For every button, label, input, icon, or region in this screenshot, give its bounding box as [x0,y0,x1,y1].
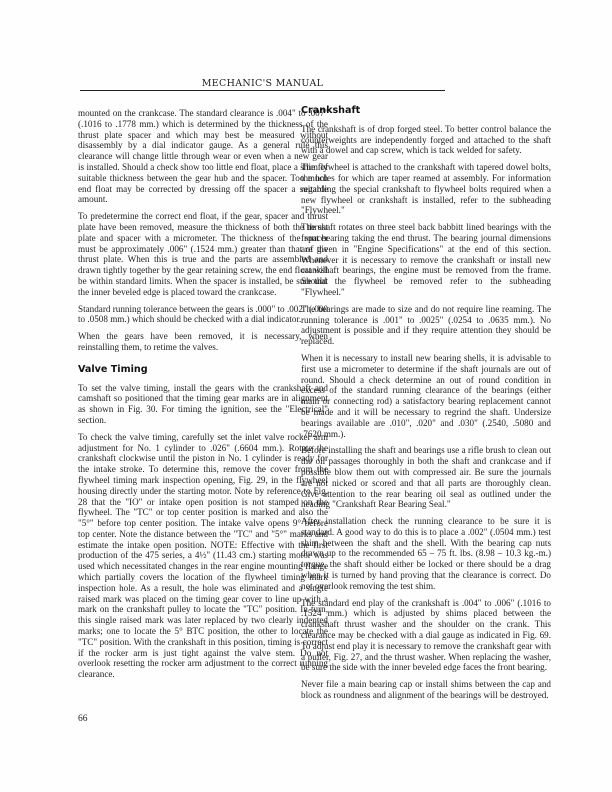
paragraph: The flywheel is attached to the cranksha… [301,162,551,216]
paragraph: Standard running tolerance between the g… [78,304,328,326]
right-column: Crankshaft The crankshaft is of drop for… [301,106,551,707]
running-header: MECHANIC'S MANUAL [80,78,445,89]
paragraph: The shaft rotates on three steel back ba… [301,222,551,298]
paragraph: To set the valve timing, install the gea… [78,383,328,426]
section-heading-crankshaft: Crankshaft [301,106,551,117]
paragraph: Never file a main bearing cap or install… [301,679,551,701]
paragraph: To check the valve timing, carefully set… [78,432,328,680]
paragraph: After installation check the running cle… [301,516,551,592]
paragraph: The bearings are made to size and do not… [301,304,551,347]
paragraph: To predetermine the correct end float, i… [78,211,328,297]
section-heading-valve-timing: Valve Timing [78,365,328,376]
paragraph: Before installing the shaft and bearings… [301,445,551,510]
page-number: 66 [78,714,88,724]
paragraph: The crankshaft is of drop forged steel. … [301,124,551,156]
paragraph: The standard end play of the crankshaft … [301,598,551,674]
manual-page: MECHANIC'S MANUAL mounted on the crankca… [0,0,612,792]
paragraph: mounted on the crankcase. The standard c… [78,108,328,205]
left-column: mounted on the crankcase. The standard c… [78,108,328,686]
paragraph: When it is necessary to install new bear… [301,353,551,439]
header-rule [80,90,445,91]
paragraph: When the gears have been removed, it is … [78,331,328,353]
